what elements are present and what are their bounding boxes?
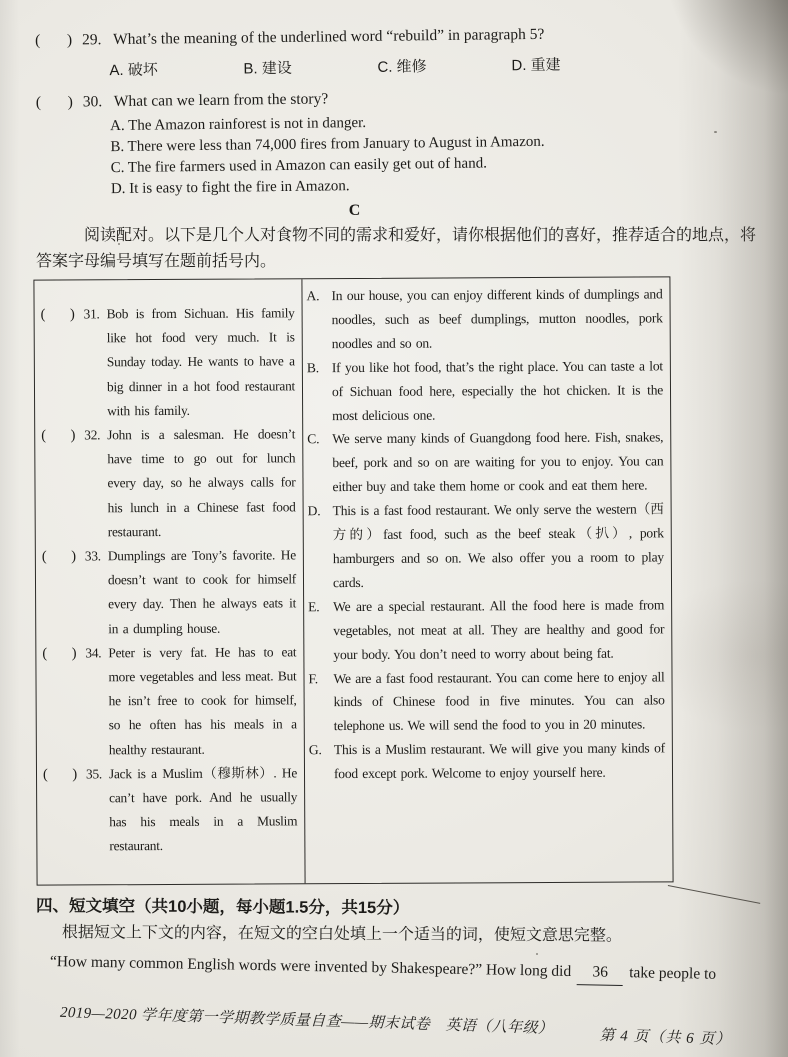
question-33-text: Dumplings are Tony’s favorite. He doesn’… <box>108 543 299 641</box>
mcq-section: () 29. What’s the meaning of the underli… <box>35 21 743 201</box>
match-question-33: () 33. Dumplings are Tony’s favorite. He… <box>42 543 299 641</box>
answer-paren-32[interactable]: () <box>41 423 76 544</box>
blank-36[interactable]: 36 <box>577 960 623 986</box>
match-option-g: G. This is a Muslim restaurant. We will … <box>309 737 667 787</box>
question-29-stem: What’s the meaning of the underlined wor… <box>113 21 741 51</box>
scan-speck <box>118 243 120 245</box>
question-35-text: Jack is a Muslim（穆斯林）. He can’t have por… <box>109 761 300 859</box>
option-f-text: We are a fast food restaurant. You can c… <box>333 665 666 738</box>
paren-close: ) <box>68 92 73 114</box>
match-option-f: F. We are a fast food restaurant. You ca… <box>308 665 666 739</box>
option-29-c: C. 维修 <box>377 55 511 79</box>
paren-close: ) <box>71 423 76 544</box>
option-f-label: F. <box>308 667 333 739</box>
match-option-a: A. In our house, you can enjoy different… <box>306 282 664 356</box>
answer-paren-29[interactable]: () <box>35 30 72 52</box>
match-option-c: C. We serve many kinds of Guangdong food… <box>307 426 665 500</box>
cloze-passage: “How many common English words were inve… <box>50 950 742 988</box>
option-29-d: D. 重建 <box>511 55 560 78</box>
question-34-number: 34. <box>78 641 109 762</box>
paren-close: ) <box>72 641 77 762</box>
section-c-heading: C <box>36 201 673 221</box>
answer-paren-33[interactable]: () <box>42 544 77 641</box>
question-29-number: 29. <box>82 29 113 51</box>
footer-title: 2019—2020 学年度第一学期教学质量自查——期末试卷 英语（八年级） <box>60 1001 554 1038</box>
option-b-text: If you like hot food, that’s the right p… <box>332 354 665 427</box>
match-question-32: () 32. John is a salesman. He doesn’t ha… <box>41 422 298 544</box>
match-question-34: () 34. Peter is very fat. He has to eat … <box>42 640 299 762</box>
question-30-options: A. The Amazon rainforest is not in dange… <box>110 108 743 200</box>
option-e-text: We are a special restaurant. All the foo… <box>333 593 666 666</box>
question-32-text: John is a salesman. He doesn’t have time… <box>107 422 298 544</box>
option-d-text: This is a fast food restaurant. We only … <box>333 498 666 595</box>
paren-close: ) <box>71 544 76 641</box>
question-32-number: 32. <box>77 423 108 544</box>
option-b-label: B. <box>307 356 332 428</box>
cloze-passage-after: take people to <box>629 964 716 983</box>
paren-open: ( <box>36 92 41 114</box>
option-g-label: G. <box>309 738 334 786</box>
match-option-d: D. This is a fast food restaurant. We on… <box>308 498 666 595</box>
question-31-text: Bob is from Sichuan. His family like hot… <box>107 301 298 423</box>
paren-open: ( <box>42 545 47 642</box>
matching-table-right-column: A. In our house, you can enjoy different… <box>302 277 672 883</box>
matching-instructions: 阅读配对。以下是几个人对食物不同的需求和爱好，请你根据他们的喜好，推荐适合的地点… <box>36 223 742 275</box>
cloze-passage-before: “How many common English words were inve… <box>50 953 572 980</box>
question-34-text: Peter is very fat. He has to eat more ve… <box>108 640 299 762</box>
matching-table: () 31. Bob is from Sichuan. His family l… <box>33 276 673 885</box>
question-31-number: 31. <box>77 302 108 423</box>
paren-close: ) <box>67 30 72 52</box>
question-30-number: 30. <box>83 91 114 113</box>
exam-page-scan: () 29. What’s the meaning of the underli… <box>0 0 788 1057</box>
option-g-text: This is a Muslim restaurant. We will giv… <box>334 737 667 787</box>
match-option-b: B. If you like hot food, that’s the righ… <box>307 354 665 428</box>
section-4: 四、短文填空（共10小题，每小题1.5分，共15分） 根据短文上下文的内容，在短… <box>36 895 742 948</box>
scan-speck <box>536 953 538 955</box>
section-4-instruction: 根据短文上下文的内容，在短文的空白处填上一个适当的词，使短文意思完整。 <box>62 922 742 948</box>
matching-instructions-line2: 答案字母编号填写在题前括号内。 <box>36 249 742 275</box>
scan-speck <box>714 131 717 133</box>
matching-instructions-line1: 阅读配对。以下是几个人对食物不同的需求和爱好，请你根据他们的喜好，推荐适合的地点… <box>36 223 742 249</box>
footer-page-number: 第 4 页（共 6 页） <box>599 1024 732 1049</box>
match-question-31: () 31. Bob is from Sichuan. His family l… <box>41 301 298 423</box>
answer-paren-30[interactable]: () <box>36 92 73 114</box>
paren-open: ( <box>41 303 46 424</box>
paren-open: ( <box>35 30 40 52</box>
footer: 2019—2020 学年度第一学期教学质量自查——期末试卷 英语（八年级） 第 … <box>36 1000 742 1044</box>
option-c-text: We serve many kinds of Guangdong food he… <box>332 426 665 499</box>
answer-paren-35[interactable]: () <box>43 762 78 859</box>
paren-open: ( <box>42 641 47 762</box>
paren-close: ) <box>70 302 75 423</box>
match-option-e: E. We are a special restaurant. All the … <box>308 593 666 667</box>
option-c-label: C. <box>307 428 332 500</box>
paren-close: ) <box>72 762 77 859</box>
question-29-options: A. 破坏 B. 建设 C. 维修 D. 重建 <box>109 52 741 82</box>
answer-paren-31[interactable]: () <box>41 302 76 423</box>
option-a-text: In our house, you can enjoy different ki… <box>331 282 664 355</box>
question-33-number: 33. <box>78 544 109 641</box>
match-question-35: () 35. Jack is a Muslim（穆斯林）. He can’t h… <box>43 761 300 859</box>
answer-paren-34[interactable]: () <box>42 641 77 762</box>
question-35-number: 35. <box>79 762 110 859</box>
option-d-label: D. <box>308 499 334 595</box>
page-content: () 29. What’s the meaning of the underli… <box>0 0 788 1057</box>
option-e-label: E. <box>308 595 333 667</box>
paren-open: ( <box>43 762 48 859</box>
option-29-a: A. 破坏 <box>109 58 243 82</box>
section-4-heading: 四、短文填空（共10小题，每小题1.5分，共15分） <box>36 895 742 921</box>
paren-open: ( <box>41 424 46 545</box>
option-a-label: A. <box>306 284 331 356</box>
matching-table-left-column: () 31. Bob is from Sichuan. His family l… <box>34 279 305 884</box>
question-29: () 29. What’s the meaning of the underli… <box>35 21 741 52</box>
option-29-b: B. 建设 <box>243 57 377 81</box>
